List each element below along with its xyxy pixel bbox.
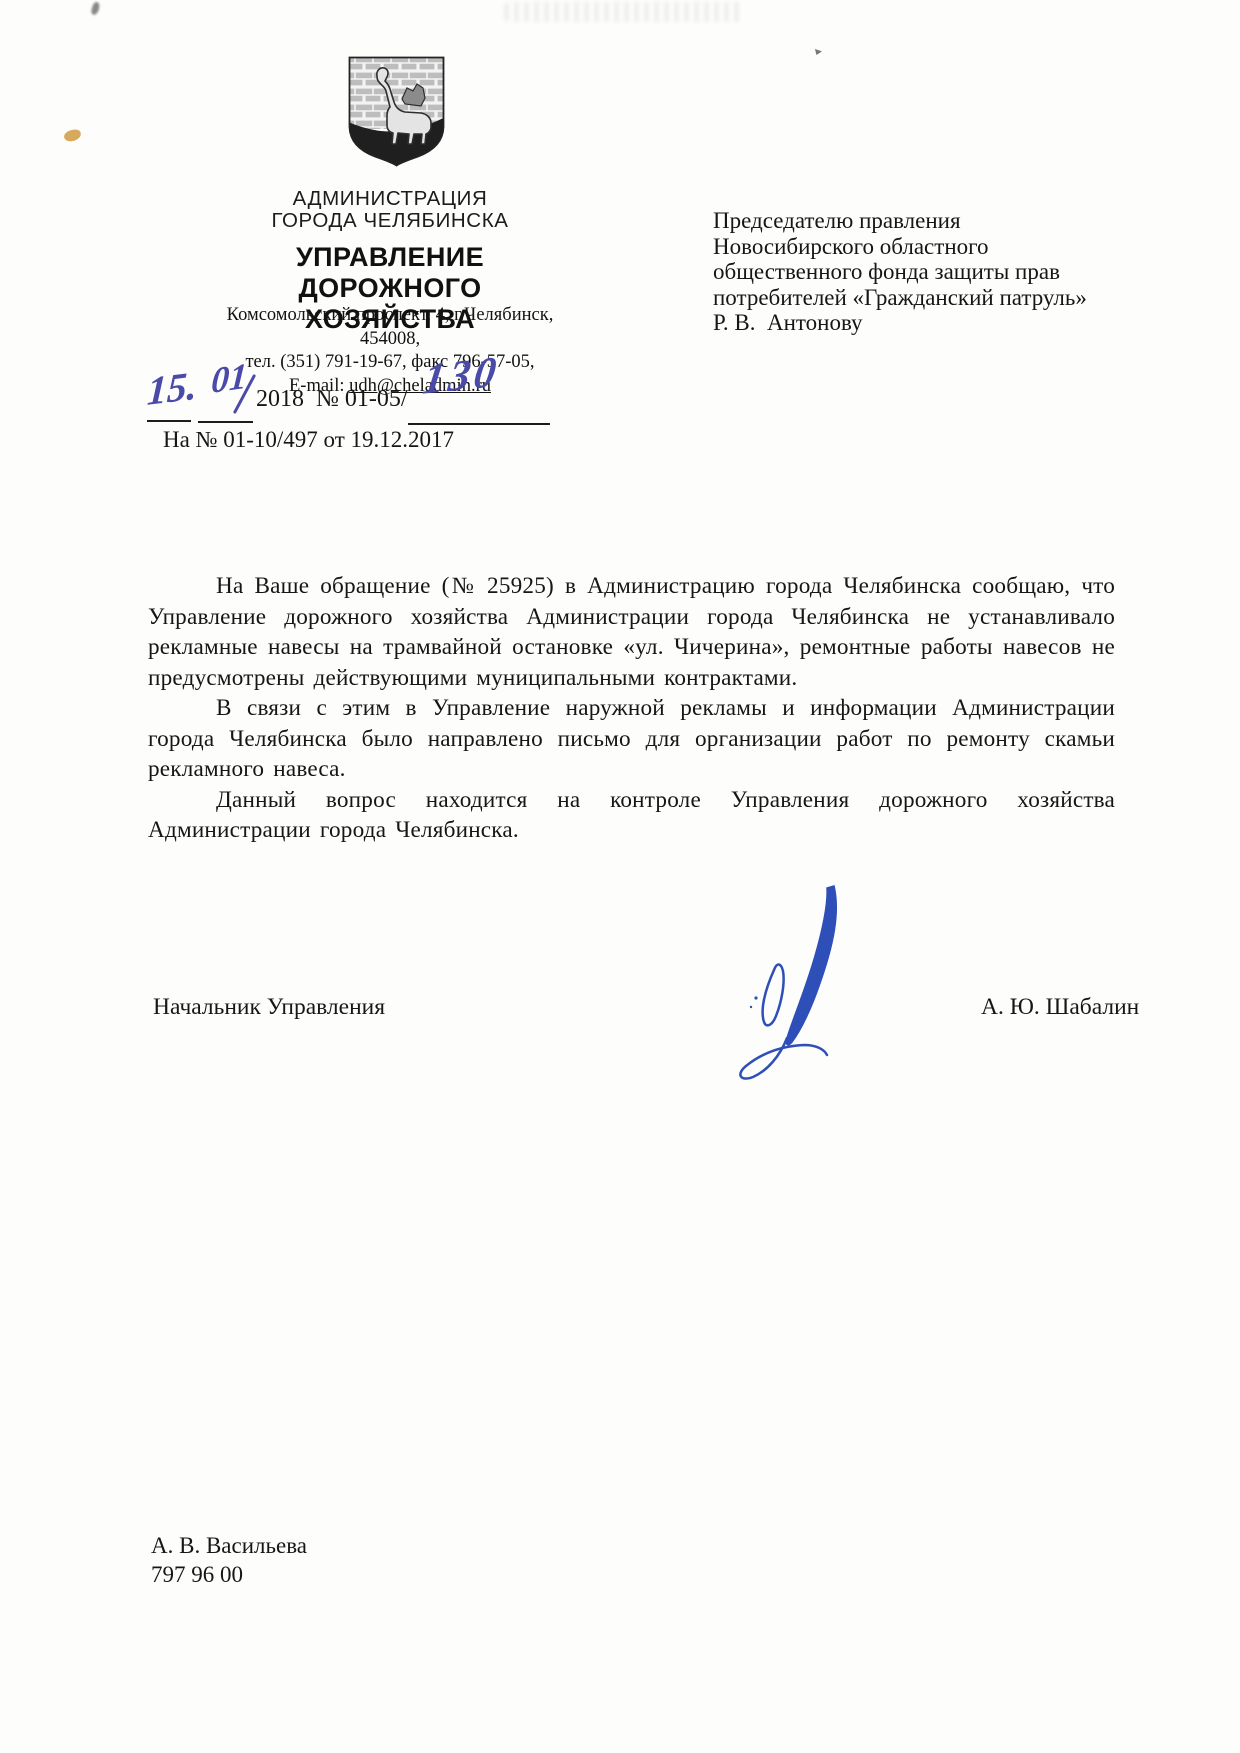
form-underline <box>408 423 550 425</box>
dept-line1: УПРАВЛЕНИЕ <box>225 242 555 273</box>
recipient-line: Председателю правления <box>713 208 1113 234</box>
handwritten-signature-icon <box>722 878 857 1083</box>
scan-artifact-yellow-spot <box>63 128 82 142</box>
recipient-line: общественного фонда защиты прав <box>713 259 1113 285</box>
organization-name: АДМИНИСТРАЦИЯ ГОРОДА ЧЕЛЯБИНСКА <box>225 188 555 232</box>
org-line1: АДМИНИСТРАЦИЯ <box>225 188 555 210</box>
signer-position-title: Начальник Управления <box>153 994 385 1021</box>
scan-artifact-speck <box>815 49 822 55</box>
executor-block: А. В. Васильева 797 96 00 <box>151 1531 307 1589</box>
recipient-line: Новосибирского областного <box>713 234 1113 260</box>
scanned-letter-page: АДМИНИСТРАЦИЯ ГОРОДА ЧЕЛЯБИНСКА УПРАВЛЕН… <box>0 0 1240 1753</box>
executor-name: А. В. Васильева <box>151 1531 307 1560</box>
printed-year: 2018 <box>256 386 304 413</box>
letter-body: На Ваше обращение (№ 25925) в Администра… <box>148 571 1115 846</box>
handwritten-outgoing-number: 130 <box>420 347 503 405</box>
form-underline <box>198 421 253 423</box>
coat-of-arms-icon <box>346 55 447 167</box>
scan-artifact-smudge <box>505 2 740 22</box>
executor-phone: 797 96 00 <box>151 1560 307 1589</box>
signer-name: А. Ю. Шабалин <box>981 994 1139 1021</box>
address-block: Комсомольский проспект, 4, г.Челябинск, … <box>225 304 555 398</box>
recipient-block: Председателю правления Новосибирского об… <box>713 208 1113 336</box>
printed-number-prefix: № 01-05/ <box>316 386 408 413</box>
body-paragraph: В связи с этим в Управление наружной рек… <box>148 693 1115 785</box>
recipient-name: Р. В. Антонову <box>713 310 1113 336</box>
org-line2: ГОРОДА ЧЕЛЯБИНСКА <box>225 210 555 232</box>
address-line2: тел. (351) 791-19-67, факс 796-57-05, <box>225 351 555 375</box>
form-underline <box>147 420 191 422</box>
handwritten-day: 15. <box>146 361 198 415</box>
scan-artifact-speck <box>90 1 101 16</box>
address-line1: Комсомольский проспект, 4, г.Челябинск, … <box>225 304 555 351</box>
body-paragraph: Данный вопрос находится на контроле Упра… <box>148 785 1115 846</box>
body-paragraph: На Ваше обращение (№ 25925) в Администра… <box>148 571 1115 693</box>
recipient-line: потребителей «Гражданский патруль» <box>713 285 1113 311</box>
in-reply-to-line: На № 01-10/497 от 19.12.2017 <box>163 427 454 453</box>
